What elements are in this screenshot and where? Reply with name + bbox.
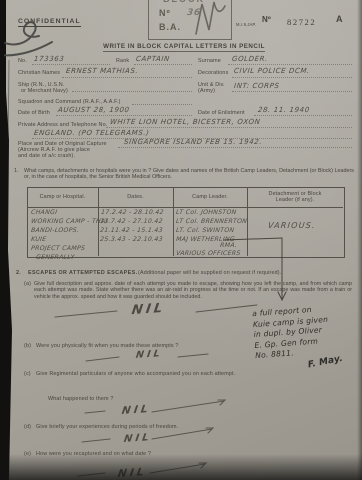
field-enlist-value: 28. 11. 1940 <box>258 106 311 114</box>
stamp-no-label: Nº <box>159 8 171 18</box>
document-photo: CONFIDENTIAL BLOCK Nº 36 B.A. M.I.9.JAP.… <box>0 0 362 480</box>
cell-camp-4b: GENERALLY <box>36 254 75 261</box>
field-address-value-2: ENGLAND. (PO TELEGRAMS.) <box>34 129 150 137</box>
field-surname-value: GOLDER. <box>232 55 269 63</box>
q2a-text: Give full description and approx. date o… <box>34 281 352 300</box>
field-christian-value: ERNEST MATHIAS. <box>66 67 139 75</box>
field-unit-value: INT: CORPS <box>234 82 280 90</box>
field-capture-label-3: and date of a/c crash). <box>18 153 75 159</box>
q2c2-text: What happened to them ? <box>48 396 113 402</box>
q2d-number: (d) <box>24 424 31 430</box>
nil-answer-d: NIL <box>123 432 152 445</box>
photo-right-vignette <box>357 0 362 480</box>
table-header-detach-2: Leader (if any). <box>247 197 343 203</box>
q1-number: 1. <box>14 168 19 174</box>
field-decorations-label: Decorations <box>198 70 228 76</box>
field-christian-label: Christian Names <box>18 70 60 76</box>
cell-dates-0: 17.2.42 - 28.10.42 <box>101 209 164 216</box>
table-header-dates: Dates. <box>98 194 173 200</box>
cell-dates-3: 25.3.43 - 22.10.43 <box>100 236 163 243</box>
cell-leader-1: LT Col. BRENNERTON <box>176 218 248 225</box>
q2a-number: (a) <box>24 281 31 287</box>
field-address-value-1: WHITE LION HOTEL, BICESTER, OXON <box>110 118 261 126</box>
block-stamp-box: BLOCK Nº 36 B.A. <box>148 0 232 40</box>
nil-answer-a: NIL <box>131 301 167 318</box>
table-header-leader: Camp Leader. <box>173 194 247 200</box>
cell-camp-0: CHANGI <box>31 209 58 216</box>
q2d-text: Give briefly your experiences during per… <box>36 424 178 430</box>
cell-dates-2: 21.11.42 - 15.1.43 <box>100 227 163 234</box>
q2c-text: Give Regimental particulars of anyone wh… <box>36 371 235 377</box>
cell-camp-4: PROJECT CAMPS <box>31 245 86 252</box>
field-surname-label: Surname <box>198 58 221 64</box>
cell-detachment-various: VARIOUS. <box>268 221 317 230</box>
field-birth-label: Date of Birth <box>18 110 50 116</box>
cell-camp-2: BANDI-LOOPS. <box>31 227 80 234</box>
field-no-value: 173363 <box>34 55 65 63</box>
cell-camp-3: KUIE <box>31 236 47 243</box>
form-page: CONFIDENTIAL BLOCK Nº 36 B.A. M.I.9.JAP.… <box>6 0 362 480</box>
field-enlist-label: Date of Enlistment <box>198 110 245 116</box>
cell-leader-2: LT. Col. SWINTON <box>176 227 235 234</box>
cell-leader-0: LT Col. JOHNSTON <box>176 209 237 216</box>
field-address-label: Private Address and Telephone No. <box>18 122 107 128</box>
cell-dates-1: 13.7.42 - 27.10.42 <box>100 218 163 225</box>
cell-camp-1: WORKING CAMP - THAI <box>31 218 108 225</box>
serial-grade: A <box>336 16 343 22</box>
field-capture-value: SINGAPORE ISLAND FEB 15. 1942. <box>124 138 263 146</box>
serial-prefix: M.I.9.JAP. <box>236 22 256 28</box>
field-decorations-value: CIVIL POLICE DCM. <box>234 67 311 75</box>
field-squadron-label: Squadron and Command (R.A.F., A.A.F.) <box>18 99 121 105</box>
q2-heading: ESCAPES OR ATTEMPTED ESCAPES. <box>28 270 138 276</box>
field-no-label: No. <box>18 58 27 64</box>
nil-answer-b: NIL <box>135 348 163 361</box>
confidential-label: CONFIDENTIAL <box>18 19 81 27</box>
cell-leader-4: VARIOUS OFFICERS <box>176 250 241 257</box>
field-rank-label: Rank <box>116 58 129 64</box>
cell-leader-3-rma: RMA. <box>220 242 238 249</box>
table-header-camp: Camp or Hospital. <box>27 194 98 200</box>
q2-heading-note: (Additional paper will be supplied on re… <box>138 270 281 276</box>
q2b-number: (b) <box>24 343 31 349</box>
field-ship-label-2: or Merchant Navy) <box>21 88 68 94</box>
instruction-banner: WRITE IN BLOCK CAPITAL LETTERS IN PENCIL <box>6 44 362 50</box>
margin-note: a full report on Kuie camp is given in d… <box>252 303 344 372</box>
nil-answer-c: NIL <box>121 403 151 417</box>
field-birth-value: AUGUST 28, 1900 <box>58 106 130 114</box>
q2c-number: (c) <box>24 371 31 377</box>
q1-text: What camps, detachments or hospitals wer… <box>24 168 354 181</box>
field-unit-label-2: (Army) <box>198 88 215 94</box>
photo-bottom-shadow <box>0 454 362 480</box>
q2-number: 2. <box>16 270 21 276</box>
serial-no-label: Nº <box>262 17 271 23</box>
stamp-block-word: BLOCK <box>163 0 205 4</box>
stamp-ba: B.A. <box>159 22 181 32</box>
serial-number: 82722 <box>287 17 316 27</box>
stamp-no-value: 36 <box>186 8 201 18</box>
field-rank-value: CAPTAIN <box>136 55 171 63</box>
